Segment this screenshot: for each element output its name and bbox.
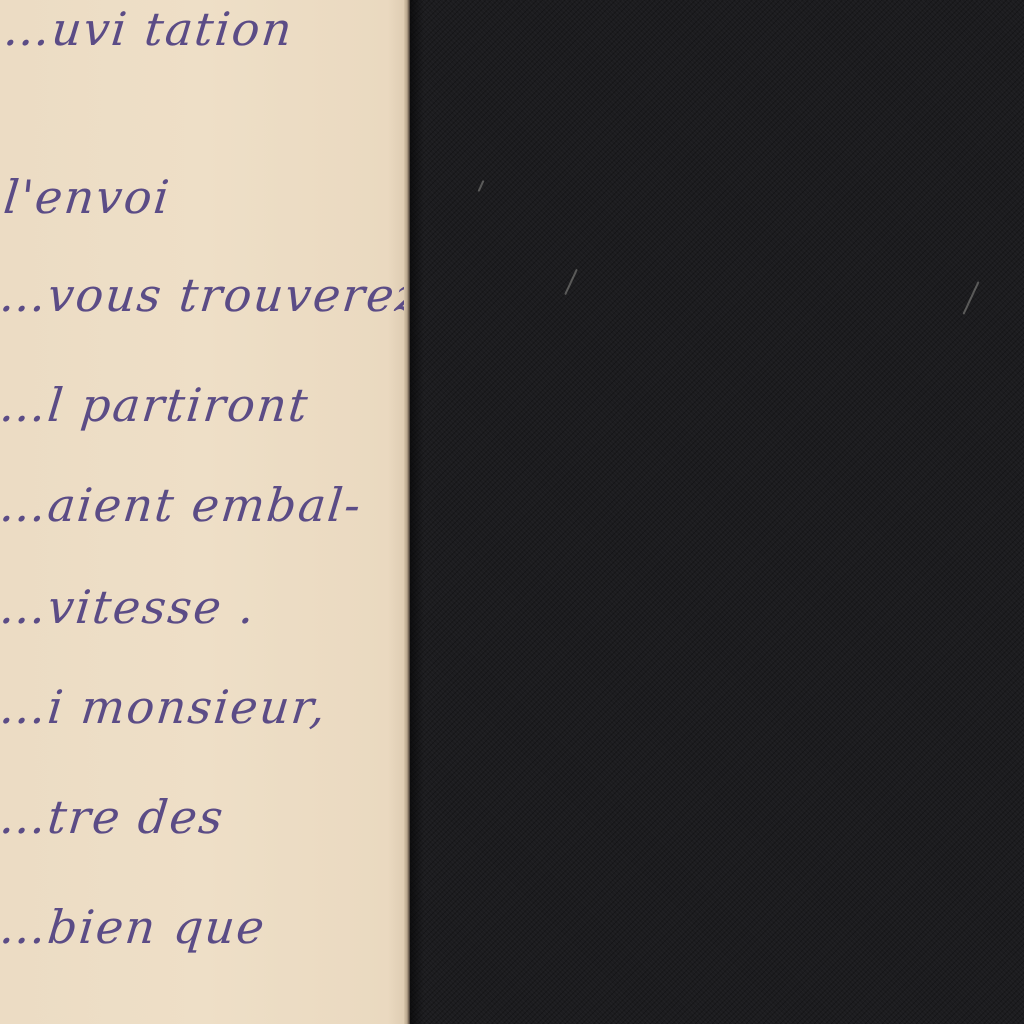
handwriting-line-8: …tre des — [0, 790, 227, 844]
letter-page: …uvi tation l'envoi …vous trouverez …l p… — [0, 0, 408, 1024]
handwriting-line-9: …bien que — [0, 900, 269, 954]
handwriting-line-7: …i monsieur, — [0, 680, 330, 734]
dark-fabric-backing — [410, 0, 1024, 1024]
fiber-speck — [962, 281, 979, 314]
fiber-speck — [478, 180, 485, 192]
handwriting-line-5: …aient embal- — [0, 478, 365, 532]
fiber-speck — [564, 269, 578, 295]
handwriting-line-6: …vitesse . — [0, 580, 259, 634]
edge-shadow — [410, 0, 424, 1024]
handwriting-line-1: …uvi tation — [1, 2, 296, 56]
handwriting-line-4: …l partiront — [0, 378, 312, 432]
handwriting-line-2: l'envoi — [1, 170, 173, 224]
handwriting-line-3: …vous trouverez — [0, 268, 425, 322]
